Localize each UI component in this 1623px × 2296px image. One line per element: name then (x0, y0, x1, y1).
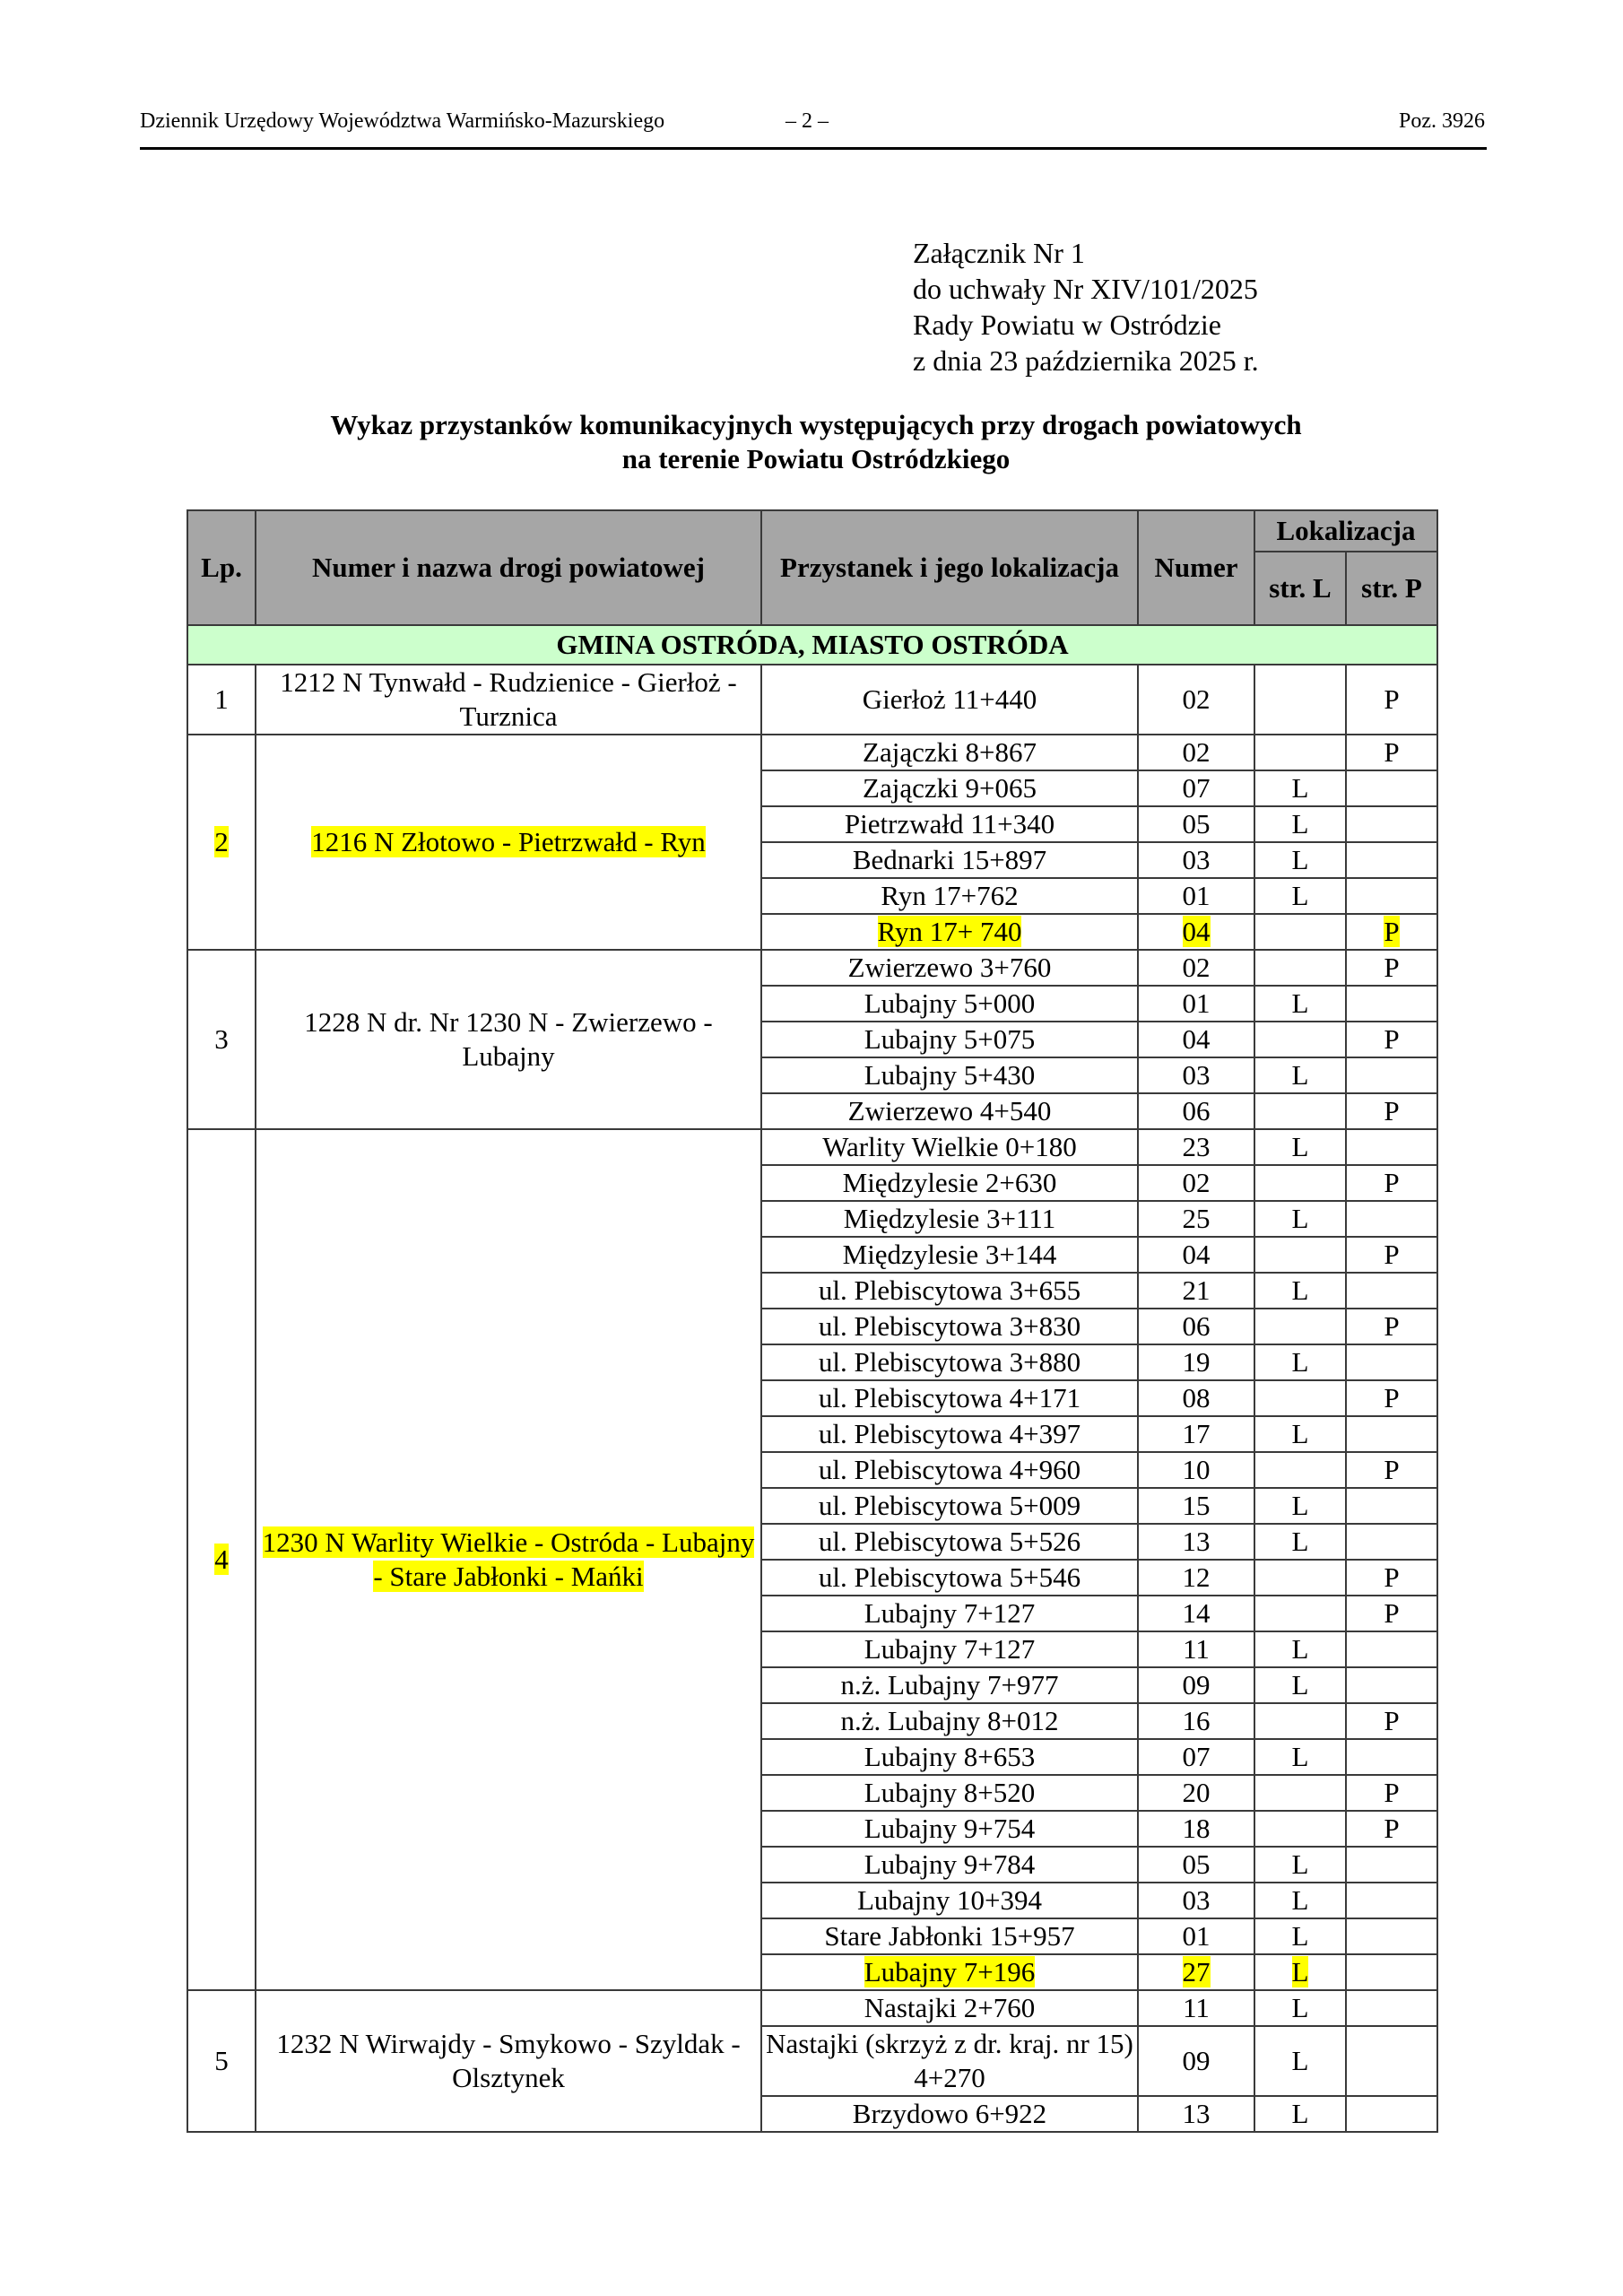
side-left-text: L (1292, 1884, 1309, 1916)
road-name: 1228 N dr. Nr 1230 N - Zwierzewo - Lubaj… (256, 950, 761, 1129)
side-right-text: P (1384, 1095, 1399, 1126)
stop-location: Ryn 17+762 (761, 878, 1138, 914)
stop-number-text: 19 (1183, 1346, 1211, 1378)
side-left: L (1254, 1344, 1346, 1380)
side-right (1346, 1954, 1437, 1990)
side-left: L (1254, 770, 1346, 806)
stop-number: 20 (1138, 1775, 1254, 1811)
header-rule (140, 147, 1487, 150)
stop-location-text: Lubajny 9+754 (864, 1813, 1036, 1844)
side-right (1346, 2096, 1437, 2132)
stop-number-text: 03 (1183, 1059, 1211, 1091)
side-right: P (1346, 665, 1437, 735)
stop-location-text: ul. Plebiscytowa 5+546 (819, 1561, 1081, 1593)
header-lp: Lp. (187, 510, 256, 625)
road-lp-text: 3 (214, 1023, 229, 1055)
stop-number-text: 04 (1183, 1239, 1211, 1270)
stop-location: Lubajny 5+075 (761, 1022, 1138, 1057)
stop-location: Zwierzewo 4+540 (761, 1093, 1138, 1129)
road-lp-text: 2 (214, 826, 229, 857)
stop-number-text: 06 (1183, 1095, 1211, 1126)
stop-number: 25 (1138, 1201, 1254, 1237)
side-left: L (1254, 1273, 1346, 1309)
stop-number: 12 (1138, 1560, 1254, 1596)
side-right-text: P (1384, 1382, 1399, 1413)
stop-location: Międzylesie 3+144 (761, 1237, 1138, 1273)
side-right: P (1346, 1309, 1437, 1344)
stop-location-text: ul. Plebiscytowa 3+880 (819, 1346, 1081, 1378)
side-right-text: P (1384, 1777, 1399, 1808)
stop-location: ul. Plebiscytowa 3+655 (761, 1273, 1138, 1309)
stop-number: 02 (1138, 1165, 1254, 1201)
side-right-text: P (1384, 1239, 1399, 1270)
side-right-text: P (1384, 1167, 1399, 1198)
stop-number: 11 (1138, 1631, 1254, 1667)
stop-number: 21 (1138, 1273, 1254, 1309)
side-right: P (1346, 1022, 1437, 1057)
side-left: L (1254, 2026, 1346, 2096)
stop-number: 02 (1138, 950, 1254, 986)
stop-number: 08 (1138, 1380, 1254, 1416)
stop-number: 23 (1138, 1129, 1254, 1165)
title-line: Wykaz przystanków komunikacyjnych występ… (179, 408, 1453, 442)
stop-number: 17 (1138, 1416, 1254, 1452)
side-right: P (1346, 1380, 1437, 1416)
stop-location-text: ul. Plebiscytowa 4+960 (819, 1454, 1081, 1485)
stop-number: 13 (1138, 2096, 1254, 2132)
annex-line: do uchwały Nr XIV/101/2025 (913, 271, 1259, 307)
stop-number-text: 20 (1183, 1777, 1211, 1808)
stop-number-text: 04 (1183, 1023, 1211, 1055)
side-right-text: P (1384, 1454, 1399, 1485)
stop-location: ul. Plebiscytowa 5+009 (761, 1488, 1138, 1524)
title-line: na terenie Powiatu Ostródzkiego (179, 442, 1453, 476)
side-left: L (1254, 1883, 1346, 1918)
stop-number-text: 09 (1183, 2045, 1211, 2076)
stop-number: 02 (1138, 735, 1254, 770)
stop-number: 07 (1138, 1739, 1254, 1775)
stop-number: 01 (1138, 1918, 1254, 1954)
stop-location: Lubajny 7+127 (761, 1631, 1138, 1667)
stop-location-text: Ryn 17+762 (881, 880, 1018, 911)
side-left: L (1254, 1847, 1346, 1883)
side-right: P (1346, 1560, 1437, 1596)
side-right: P (1346, 735, 1437, 770)
side-left (1254, 665, 1346, 735)
stop-location: ul. Plebiscytowa 4+397 (761, 1416, 1138, 1452)
stop-number-text: 14 (1183, 1597, 1211, 1629)
stop-location: Nastajki (skrzyż z dr. kraj. nr 15) 4+27… (761, 2026, 1138, 2096)
side-left (1254, 1703, 1346, 1739)
side-left: L (1254, 1667, 1346, 1703)
side-right (1346, 1057, 1437, 1093)
side-right-text: P (1384, 736, 1399, 768)
stop-location: Nastajki 2+760 (761, 1990, 1138, 2026)
side-right-text: P (1384, 1310, 1399, 1342)
side-right (1346, 1344, 1437, 1380)
stop-location-text: Lubajny 8+520 (864, 1777, 1036, 1808)
position-number: Poz. 3926 (1399, 109, 1485, 134)
side-right: P (1346, 1093, 1437, 1129)
stop-number-text: 13 (1183, 1526, 1211, 1557)
side-right (1346, 1847, 1437, 1883)
side-left (1254, 1560, 1346, 1596)
annex-line: Załącznik Nr 1 (913, 235, 1259, 271)
side-left: L (1254, 1739, 1346, 1775)
road-lp: 2 (187, 735, 256, 950)
side-left: L (1254, 1057, 1346, 1093)
annex-line: Rady Powiatu w Ostródzie (913, 307, 1259, 343)
stop-number-text: 09 (1183, 1669, 1211, 1700)
stop-location-text: Zwierzewo 3+760 (848, 952, 1052, 983)
stop-location: Lubajny 7+127 (761, 1596, 1138, 1631)
side-right (1346, 1273, 1437, 1309)
stop-location: Lubajny 9+784 (761, 1847, 1138, 1883)
road-lp: 4 (187, 1129, 256, 1990)
side-right: P (1346, 1596, 1437, 1631)
stop-location-text: Nastajki 2+760 (864, 1992, 1036, 2023)
stop-number: 07 (1138, 770, 1254, 806)
side-left-text: L (1292, 1956, 1309, 1987)
side-left-text: L (1292, 1633, 1309, 1665)
road-name: 1230 N Warlity Wielkie - Ostróda - Lubaj… (256, 1129, 761, 1990)
running-header: Dziennik Urzędowy Województwa Warmińsko-… (140, 109, 1485, 140)
stop-location-text: n.ż. Lubajny 8+012 (840, 1705, 1058, 1736)
stop-location-text: Nastajki (skrzyż z dr. kraj. nr 15) 4+27… (766, 2028, 1133, 2093)
stop-location: ul. Plebiscytowa 4+171 (761, 1380, 1138, 1416)
side-right (1346, 1416, 1437, 1452)
stop-number: 19 (1138, 1344, 1254, 1380)
stop-location-text: ul. Plebiscytowa 5+009 (819, 1490, 1081, 1521)
side-left-text: L (1292, 1490, 1309, 1521)
page-number: – 2 – (785, 109, 829, 134)
side-right-text: P (1384, 1023, 1399, 1055)
stop-location-text: Zajączki 8+867 (863, 736, 1037, 768)
stop-number-text: 07 (1183, 772, 1211, 804)
road-name-text: 1230 N Warlity Wielkie - Ostróda - Lubaj… (263, 1526, 755, 1592)
stop-number-text: 01 (1183, 987, 1211, 1019)
stop-number: 03 (1138, 842, 1254, 878)
side-left-text: L (1292, 880, 1309, 911)
side-right (1346, 1524, 1437, 1560)
side-left (1254, 1022, 1346, 1057)
document-title: Wykaz przystanków komunikacyjnych występ… (179, 408, 1453, 476)
side-right (1346, 1739, 1437, 1775)
side-left-text: L (1292, 844, 1309, 875)
side-left-text: L (1292, 1346, 1309, 1378)
stop-location-text: ul. Plebiscytowa 3+830 (819, 1310, 1081, 1342)
side-left: L (1254, 842, 1346, 878)
stop-location: Brzydowo 6+922 (761, 2096, 1138, 2132)
stop-location-text: ul. Plebiscytowa 5+526 (819, 1526, 1081, 1557)
stop-number-text: 01 (1183, 1920, 1211, 1952)
section-gmina: GMINA OSTRÓDA, MIASTO OSTRÓDA (187, 625, 1437, 665)
side-left: L (1254, 1918, 1346, 1954)
stop-location: Lubajny 8+653 (761, 1739, 1138, 1775)
stop-location-text: n.ż. Lubajny 7+977 (840, 1669, 1058, 1700)
stop-number-text: 04 (1183, 916, 1211, 947)
stop-number: 05 (1138, 1847, 1254, 1883)
stop-location-text: Międzylesie 3+111 (844, 1203, 1055, 1234)
stop-number-text: 02 (1183, 952, 1211, 983)
side-right: P (1346, 1811, 1437, 1847)
stop-location: Bednarki 15+897 (761, 842, 1138, 878)
stop-location-text: Lubajny 10+394 (857, 1884, 1042, 1916)
stop-number: 01 (1138, 878, 1254, 914)
stop-number-text: 27 (1183, 1956, 1211, 1987)
side-right-text: P (1384, 683, 1399, 715)
side-left (1254, 1093, 1346, 1129)
stop-location: Międzylesie 3+111 (761, 1201, 1138, 1237)
side-right (1346, 2026, 1437, 2096)
road-name-text: 1212 N Tynwałd - Rudzienice - Gierłoż - … (280, 666, 736, 732)
side-right: P (1346, 914, 1437, 950)
stop-number-text: 03 (1183, 1884, 1211, 1916)
stop-location: Gierłoż 11+440 (761, 665, 1138, 735)
stop-number-text: 02 (1183, 736, 1211, 768)
side-left-text: L (1292, 1669, 1309, 1700)
stop-location: Lubajny 10+394 (761, 1883, 1138, 1918)
side-right (1346, 1667, 1437, 1703)
side-left (1254, 1309, 1346, 1344)
stop-location-text: Gierłoż 11+440 (863, 683, 1037, 715)
stop-number-text: 17 (1183, 1418, 1211, 1449)
stop-location-text: Lubajny 7+196 (864, 1956, 1036, 1987)
side-right (1346, 842, 1437, 878)
side-left (1254, 735, 1346, 770)
stop-number: 14 (1138, 1596, 1254, 1631)
side-left-text: L (1292, 987, 1309, 1019)
stop-location: ul. Plebiscytowa 5+546 (761, 1560, 1138, 1596)
stop-number: 04 (1138, 914, 1254, 950)
table-row: 11212 N Tynwałd - Rudzienice - Gierłoż -… (187, 665, 1437, 735)
stop-location-text: Lubajny 7+127 (864, 1633, 1036, 1665)
stop-number: 09 (1138, 1667, 1254, 1703)
road-name: 1232 N Wirwajdy - Smykowo - Szyldak - Ol… (256, 1990, 761, 2132)
table-row: 41230 N Warlity Wielkie - Ostróda - Luba… (187, 1129, 1437, 1165)
annex-line: z dnia 23 października 2025 r. (913, 343, 1259, 378)
side-left-text: L (1292, 772, 1309, 804)
stop-location: Zajączki 8+867 (761, 735, 1138, 770)
stop-location: n.ż. Lubajny 7+977 (761, 1667, 1138, 1703)
side-left: L (1254, 1416, 1346, 1452)
side-left: L (1254, 806, 1346, 842)
stop-number: 05 (1138, 806, 1254, 842)
annex-block: Załącznik Nr 1 do uchwały Nr XIV/101/202… (913, 235, 1259, 378)
stop-number-text: 16 (1183, 1705, 1211, 1736)
side-left: L (1254, 878, 1346, 914)
side-right (1346, 1918, 1437, 1954)
header-stop: Przystanek i jego lokalizacja (761, 510, 1138, 625)
road-lp: 5 (187, 1990, 256, 2132)
stop-number-text: 02 (1183, 1167, 1211, 1198)
stop-location-text: Lubajny 8+653 (864, 1741, 1036, 1772)
side-right (1346, 770, 1437, 806)
stop-number-text: 13 (1183, 2098, 1211, 2129)
stop-number: 11 (1138, 1990, 1254, 2026)
stop-location-text: Lubajny 5+075 (864, 1023, 1036, 1055)
header-location: Lokalizacja (1254, 510, 1437, 552)
stop-location: Lubajny 5+000 (761, 986, 1138, 1022)
road-name: 1212 N Tynwałd - Rudzienice - Gierłoż - … (256, 665, 761, 735)
side-right (1346, 1990, 1437, 2026)
side-right (1346, 1201, 1437, 1237)
stop-number: 06 (1138, 1309, 1254, 1344)
side-left: L (1254, 1129, 1346, 1165)
stop-location: ul. Plebiscytowa 3+830 (761, 1309, 1138, 1344)
stop-location-text: Bednarki 15+897 (853, 844, 1046, 875)
side-left: L (1254, 1990, 1346, 2026)
road-lp-text: 5 (214, 2045, 229, 2076)
side-right (1346, 1883, 1437, 1918)
stop-location-text: Ryn 17+ 740 (878, 916, 1022, 947)
side-left (1254, 1775, 1346, 1811)
side-right-text: P (1384, 1561, 1399, 1593)
side-right: P (1346, 1237, 1437, 1273)
side-right (1346, 1129, 1437, 1165)
stop-location-text: Brzydowo 6+922 (853, 2098, 1046, 2129)
stop-number-text: 05 (1183, 1848, 1211, 1880)
side-left: L (1254, 2096, 1346, 2132)
side-right: P (1346, 1703, 1437, 1739)
stop-location-text: Międzylesie 3+144 (843, 1239, 1057, 1270)
side-left: L (1254, 1201, 1346, 1237)
stop-number-text: 07 (1183, 1741, 1211, 1772)
stop-number: 10 (1138, 1452, 1254, 1488)
side-left-text: L (1292, 2098, 1309, 2129)
table-row: 51232 N Wirwajdy - Smykowo - Szyldak - O… (187, 1990, 1437, 2026)
road-lp: 3 (187, 950, 256, 1129)
stop-number-text: 25 (1183, 1203, 1211, 1234)
stop-number-text: 03 (1183, 844, 1211, 875)
road-lp-text: 4 (214, 1544, 229, 1575)
header-road: Numer i nazwa drogi powiatowej (256, 510, 761, 625)
side-left (1254, 914, 1346, 950)
stop-location: Zajączki 9+065 (761, 770, 1138, 806)
road-name: 1216 N Złotowo - Pietrzwałd - Ryn (256, 735, 761, 950)
side-right: P (1346, 1775, 1437, 1811)
stop-number-text: 01 (1183, 880, 1211, 911)
stop-location: Pietrzwałd 11+340 (761, 806, 1138, 842)
stop-location: ul. Plebiscytowa 5+526 (761, 1524, 1138, 1560)
stop-location-text: Pietrzwałd 11+340 (845, 808, 1055, 839)
side-left: L (1254, 1631, 1346, 1667)
table-row: 31228 N dr. Nr 1230 N - Zwierzewo - Luba… (187, 950, 1437, 986)
stop-number: 03 (1138, 1057, 1254, 1093)
stop-number: 01 (1138, 986, 1254, 1022)
side-left-text: L (1292, 1203, 1309, 1234)
stop-number-text: 02 (1183, 683, 1211, 715)
stop-location-text: Zwierzewo 4+540 (848, 1095, 1052, 1126)
road-lp-text: 1 (214, 683, 229, 715)
side-left (1254, 1811, 1346, 1847)
side-right-text: P (1384, 1705, 1399, 1736)
side-left (1254, 1380, 1346, 1416)
side-left: L (1254, 1488, 1346, 1524)
side-left (1254, 950, 1346, 986)
stop-location: n.ż. Lubajny 8+012 (761, 1703, 1138, 1739)
side-left (1254, 1237, 1346, 1273)
stop-number: 03 (1138, 1883, 1254, 1918)
stop-number: 15 (1138, 1488, 1254, 1524)
stop-location-text: ul. Plebiscytowa 4+171 (819, 1382, 1081, 1413)
side-left-text: L (1292, 1131, 1309, 1162)
stop-number: 16 (1138, 1703, 1254, 1739)
stop-location-text: Warlity Wielkie 0+180 (822, 1131, 1077, 1162)
stop-number-text: 08 (1183, 1382, 1211, 1413)
stop-location-text: ul. Plebiscytowa 4+397 (819, 1418, 1081, 1449)
side-left (1254, 1596, 1346, 1631)
stop-location-text: Międzylesie 2+630 (843, 1167, 1057, 1198)
stop-number-text: 21 (1183, 1274, 1211, 1306)
road-lp: 1 (187, 665, 256, 735)
side-right (1346, 986, 1437, 1022)
side-left (1254, 1165, 1346, 1201)
side-right: P (1346, 1452, 1437, 1488)
side-left: L (1254, 1954, 1346, 1990)
stop-location: Zwierzewo 3+760 (761, 950, 1138, 986)
stop-number: 04 (1138, 1237, 1254, 1273)
stop-number-text: 12 (1183, 1561, 1211, 1593)
road-name-text: 1228 N dr. Nr 1230 N - Zwierzewo - Lubaj… (304, 1006, 712, 1072)
stop-number-text: 15 (1183, 1490, 1211, 1521)
stop-location: ul. Plebiscytowa 4+960 (761, 1452, 1138, 1488)
side-left-text: L (1292, 1274, 1309, 1306)
stop-number: 02 (1138, 665, 1254, 735)
side-left: L (1254, 986, 1346, 1022)
stop-location: Lubajny 8+520 (761, 1775, 1138, 1811)
stop-number: 06 (1138, 1093, 1254, 1129)
side-left-text: L (1292, 1059, 1309, 1091)
side-right-text: P (1384, 1813, 1399, 1844)
side-right (1346, 1488, 1437, 1524)
stop-location: ul. Plebiscytowa 3+880 (761, 1344, 1138, 1380)
stop-number-text: 11 (1183, 1992, 1210, 2023)
stop-number: 13 (1138, 1524, 1254, 1560)
stop-location-text: Lubajny 9+784 (864, 1848, 1036, 1880)
stop-location-text: ul. Plebiscytowa 3+655 (819, 1274, 1081, 1306)
road-name-text: 1216 N Złotowo - Pietrzwałd - Ryn (311, 826, 706, 857)
side-left: L (1254, 1524, 1346, 1560)
side-left-text: L (1292, 1992, 1309, 2023)
side-right (1346, 1631, 1437, 1667)
road-name-text: 1232 N Wirwajdy - Smykowo - Szyldak - Ol… (276, 2028, 740, 2093)
stop-location: Ryn 17+ 740 (761, 914, 1138, 950)
stop-location-text: Stare Jabłonki 15+957 (824, 1920, 1074, 1952)
stop-number: 27 (1138, 1954, 1254, 1990)
stop-number: 04 (1138, 1022, 1254, 1057)
stop-location: Warlity Wielkie 0+180 (761, 1129, 1138, 1165)
side-left-text: L (1292, 1741, 1309, 1772)
stop-number: 09 (1138, 2026, 1254, 2096)
header-side-l: str. L (1254, 552, 1346, 625)
side-right-text: P (1384, 1597, 1399, 1629)
header-number: Numer (1138, 510, 1254, 625)
side-left (1254, 1452, 1346, 1488)
stop-location-text: Lubajny 7+127 (864, 1597, 1036, 1629)
table-row: 21216 N Złotowo - Pietrzwałd - RynZającz… (187, 735, 1437, 770)
stop-number-text: 05 (1183, 808, 1211, 839)
side-right: P (1346, 1165, 1437, 1201)
stop-location-text: Lubajny 5+430 (864, 1059, 1036, 1091)
side-left-text: L (1292, 808, 1309, 839)
stop-location: Międzylesie 2+630 (761, 1165, 1138, 1201)
stop-number-text: 10 (1183, 1454, 1211, 1485)
bus-stops-table: Lp. Numer i nazwa drogi powiatowej Przys… (187, 509, 1438, 2133)
side-right: P (1346, 950, 1437, 986)
journal-name: Dziennik Urzędowy Województwa Warmińsko-… (140, 109, 664, 134)
side-left-text: L (1292, 1526, 1309, 1557)
